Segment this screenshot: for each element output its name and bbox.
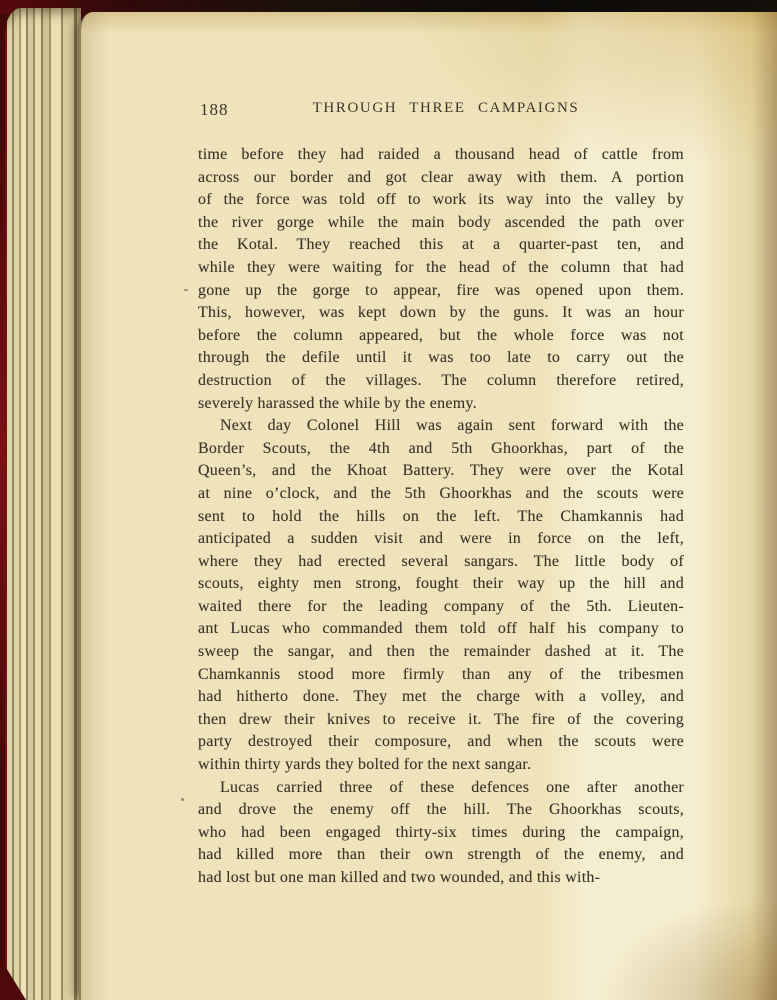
book-cover-corner — [0, 958, 26, 1000]
text-line: while they were waiting for the head of … — [198, 257, 684, 280]
text-line: at nine o’clock, and the 5th Ghoorkhas a… — [198, 483, 684, 506]
running-title: THROUGH THREE CAMPAIGNS — [198, 100, 684, 117]
text-line: Chamkannis stood more firmly than any of… — [198, 664, 684, 687]
book-page: 188 THROUGH THREE CAMPAIGNS time before … — [79, 12, 777, 1000]
text-line: Queen’s, and the Khoat Battery. They wer… — [198, 460, 684, 483]
text-line: destruction of the villages. The column … — [198, 370, 684, 393]
text-line: This, however, was kept down by the guns… — [198, 302, 684, 325]
text-line: of the force was told off to work its wa… — [198, 189, 684, 212]
text-line: anticipated a sudden visit and were in f… — [198, 528, 684, 551]
text-line: time before they had raided a thousand h… — [198, 144, 684, 167]
text-line: the Kotal. They reached this at a quarte… — [198, 234, 684, 257]
text-line: had killed more than their own strength … — [198, 844, 684, 867]
page-edges-stack — [5, 8, 81, 1000]
text-line: before the column appeared, but the whol… — [198, 325, 684, 348]
text-line: then drew their knives to receive it. Th… — [198, 709, 684, 732]
text-line: Next day Colonel Hill was again sent for… — [198, 415, 684, 438]
text-line: severely harassed the while by the enemy… — [198, 393, 684, 416]
text-line: gone up the gorge to appear, fire was op… — [198, 280, 684, 303]
text-line: through the defile until it was too late… — [198, 347, 684, 370]
text-line: sweep the sangar, and then the remainder… — [198, 641, 684, 664]
text-line: ant Lucas who commanded them told off ha… — [198, 618, 684, 641]
book-scan-photo: 188 THROUGH THREE CAMPAIGNS time before … — [0, 0, 777, 1000]
page-number: 188 — [200, 100, 229, 120]
text-line: within thirty yards they bolted for the … — [198, 754, 684, 777]
scan-speck — [181, 798, 184, 801]
text-line: who had been engaged thirty-six times du… — [198, 822, 684, 845]
text-line: Lucas carried three of these defences on… — [198, 777, 684, 800]
text-line: scouts, eighty men strong, fought their … — [198, 573, 684, 596]
text-line: and drove the enemy off the hill. The Gh… — [198, 799, 684, 822]
text-line: had hitherto done. They met the charge w… — [198, 686, 684, 709]
scan-speck — [184, 289, 188, 291]
text-line: sent to hold the hills on the left. The … — [198, 506, 684, 529]
text-line: had lost but one man killed and two woun… — [198, 867, 684, 890]
text-line: waited there for the leading company of … — [198, 596, 684, 619]
text-line: party destroyed their composure, and whe… — [198, 731, 684, 754]
text-line: where they had erected several sangars. … — [198, 551, 684, 574]
text-line: Border Scouts, the 4th and 5th Ghoorkhas… — [198, 438, 684, 461]
text-line: across our border and got clear away wit… — [198, 167, 684, 190]
page-content: 188 THROUGH THREE CAMPAIGNS time before … — [198, 100, 684, 890]
text-block: time before they had raided a thousand h… — [198, 144, 684, 890]
page-header: 188 THROUGH THREE CAMPAIGNS — [198, 100, 684, 122]
text-line: the river gorge while the main body asce… — [198, 212, 684, 235]
